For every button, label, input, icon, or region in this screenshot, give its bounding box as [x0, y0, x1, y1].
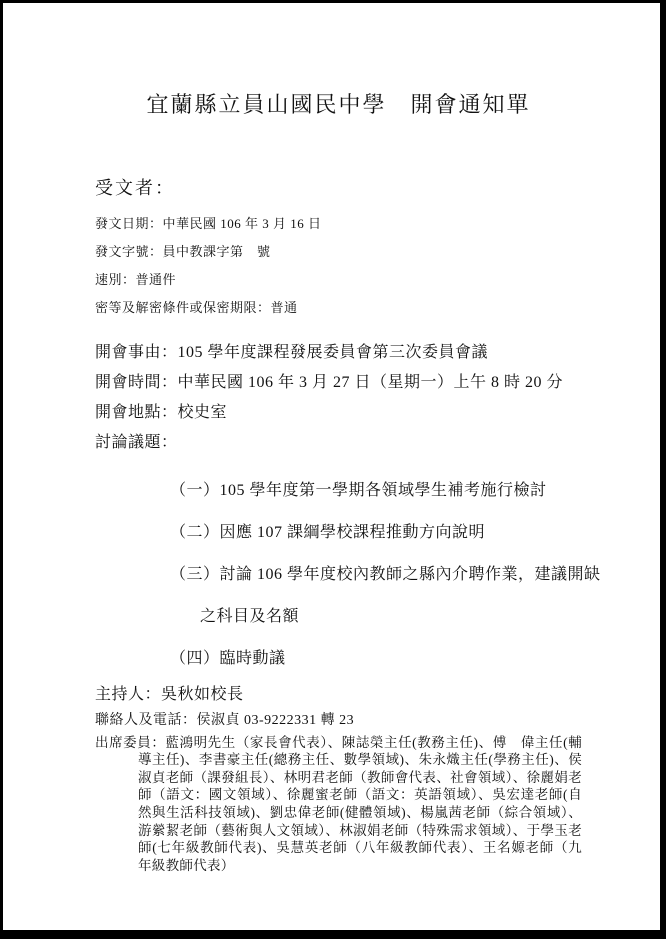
issue-date-label: 發文日期：	[95, 216, 163, 231]
topic-item-3: （三）討論 106 學年度校內教師之縣內介聘作業，建議開缺	[170, 554, 582, 596]
classification-line: 密等及解密條件或保密期限：普通	[95, 294, 582, 322]
meeting-subject-label: 開會事由：	[95, 344, 178, 361]
meta-section: 發文日期：中華民國 106 年 3 月 16 日 發文字號：員中教課字第 號 速…	[95, 210, 582, 322]
host-line: 主持人：吳秋如校長	[95, 682, 582, 708]
meeting-place-line: 開會地點：校史室	[95, 398, 582, 428]
topic-item-2: （二）因應 107 課綱學校課程推動方向說明	[170, 512, 582, 554]
doc-number-label: 發文字號：	[95, 244, 163, 259]
attendees-value: 藍鴻明先生（家長會代表）、陳誌榮主任(教務主任)、傅 偉主任(輔導主任)、李書豪…	[138, 735, 582, 873]
attendees-label: 出席委員：	[95, 735, 165, 750]
topic-item-3-continuation: 之科目及名額	[200, 596, 582, 638]
topic-item-4: （四）臨時動議	[170, 638, 582, 680]
contact-line: 聯絡人及電話：侯淑貞 03-9222331 轉 23	[95, 708, 582, 734]
recipient-label: 受文者：	[95, 174, 582, 200]
issue-date-value: 中華民國 106 年 3 月 16 日	[163, 216, 322, 231]
meeting-subject-line: 開會事由：105 學年度課程發展委員會第三次委員會議	[95, 338, 582, 368]
meeting-time-line: 開會時間：中華民國 106 年 3 月 27 日（星期一）上午 8 時 20 分	[95, 368, 582, 398]
meeting-time-label: 開會時間：	[95, 374, 178, 391]
doc-number-value: 員中教課字第 號	[163, 244, 271, 259]
host-label: 主持人：	[95, 686, 161, 703]
discussion-topics-heading: 討論議題：	[95, 428, 582, 458]
meeting-section: 開會事由：105 學年度課程發展委員會第三次委員會議 開會時間：中華民國 106…	[95, 338, 582, 458]
priority-label: 速別：	[95, 272, 136, 287]
meeting-place-label: 開會地點：	[95, 404, 178, 421]
document-page: 宜蘭縣立員山國民中學 開會通知單 受文者： 發文日期：中華民國 106 年 3 …	[0, 0, 666, 939]
meeting-time-value: 中華民國 106 年 3 月 27 日（星期一）上午 8 時 20 分	[178, 374, 564, 391]
meeting-subject-value: 105 學年度課程發展委員會第三次委員會議	[178, 344, 489, 361]
classification-label: 密等及解密條件或保密期限：	[95, 300, 271, 315]
topics-list: （一）105 學年度第一學期各領域學生補考施行檢討 （二）因應 107 課綱學校…	[95, 470, 582, 680]
host-value: 吳秋如校長	[161, 686, 244, 703]
meeting-place-value: 校史室	[178, 404, 228, 421]
attendees-paragraph: 出席委員：藍鴻明先生（家長會代表）、陳誌榮主任(教務主任)、傅 偉主任(輔導主任…	[95, 734, 582, 875]
document-title: 宜蘭縣立員山國民中學 開會通知單	[95, 91, 582, 120]
priority-line: 速別：普通件	[95, 266, 582, 294]
contact-value: 侯淑貞 03-9222331 轉 23	[197, 713, 355, 728]
discussion-topics-label: 討論議題：	[95, 434, 178, 451]
doc-number-line: 發文字號：員中教課字第 號	[95, 238, 582, 266]
contact-label: 聯絡人及電話：	[95, 713, 197, 728]
priority-value: 普通件	[136, 272, 177, 287]
issue-date-line: 發文日期：中華民國 106 年 3 月 16 日	[95, 210, 582, 238]
classification-value: 普通	[271, 300, 298, 315]
topic-item-1: （一）105 學年度第一學期各領域學生補考施行檢討	[170, 470, 582, 512]
